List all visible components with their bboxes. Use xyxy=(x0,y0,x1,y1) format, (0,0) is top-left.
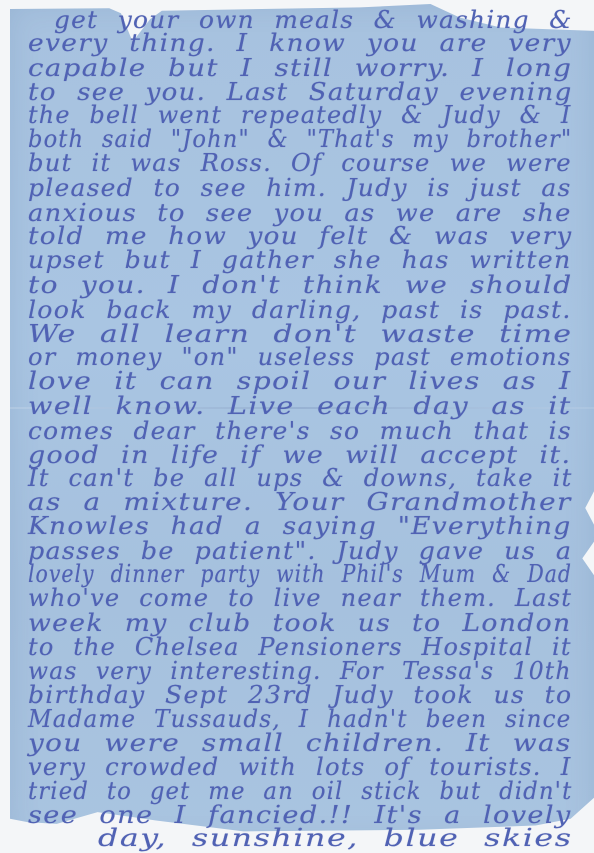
letter-line: who've come to live near them. Last xyxy=(28,584,572,612)
letter-line: day, sunshine, blue skies xyxy=(98,824,572,852)
letter-line: well know. Live each day as it xyxy=(28,392,572,420)
letter-line: love it can spoil our lives as I xyxy=(28,367,572,395)
letter-line: pleased to see him. Judy is just as xyxy=(28,174,572,202)
letter-line: upset but I gather she has written xyxy=(28,246,572,274)
letter-line: Knowles had a saying "Everything xyxy=(28,512,572,540)
letter-line: but it was Ross. Of course we were xyxy=(28,149,572,177)
letter-line: every thing. I know you are very xyxy=(28,29,572,57)
letter-line: to you. I don't think we should xyxy=(28,271,573,299)
